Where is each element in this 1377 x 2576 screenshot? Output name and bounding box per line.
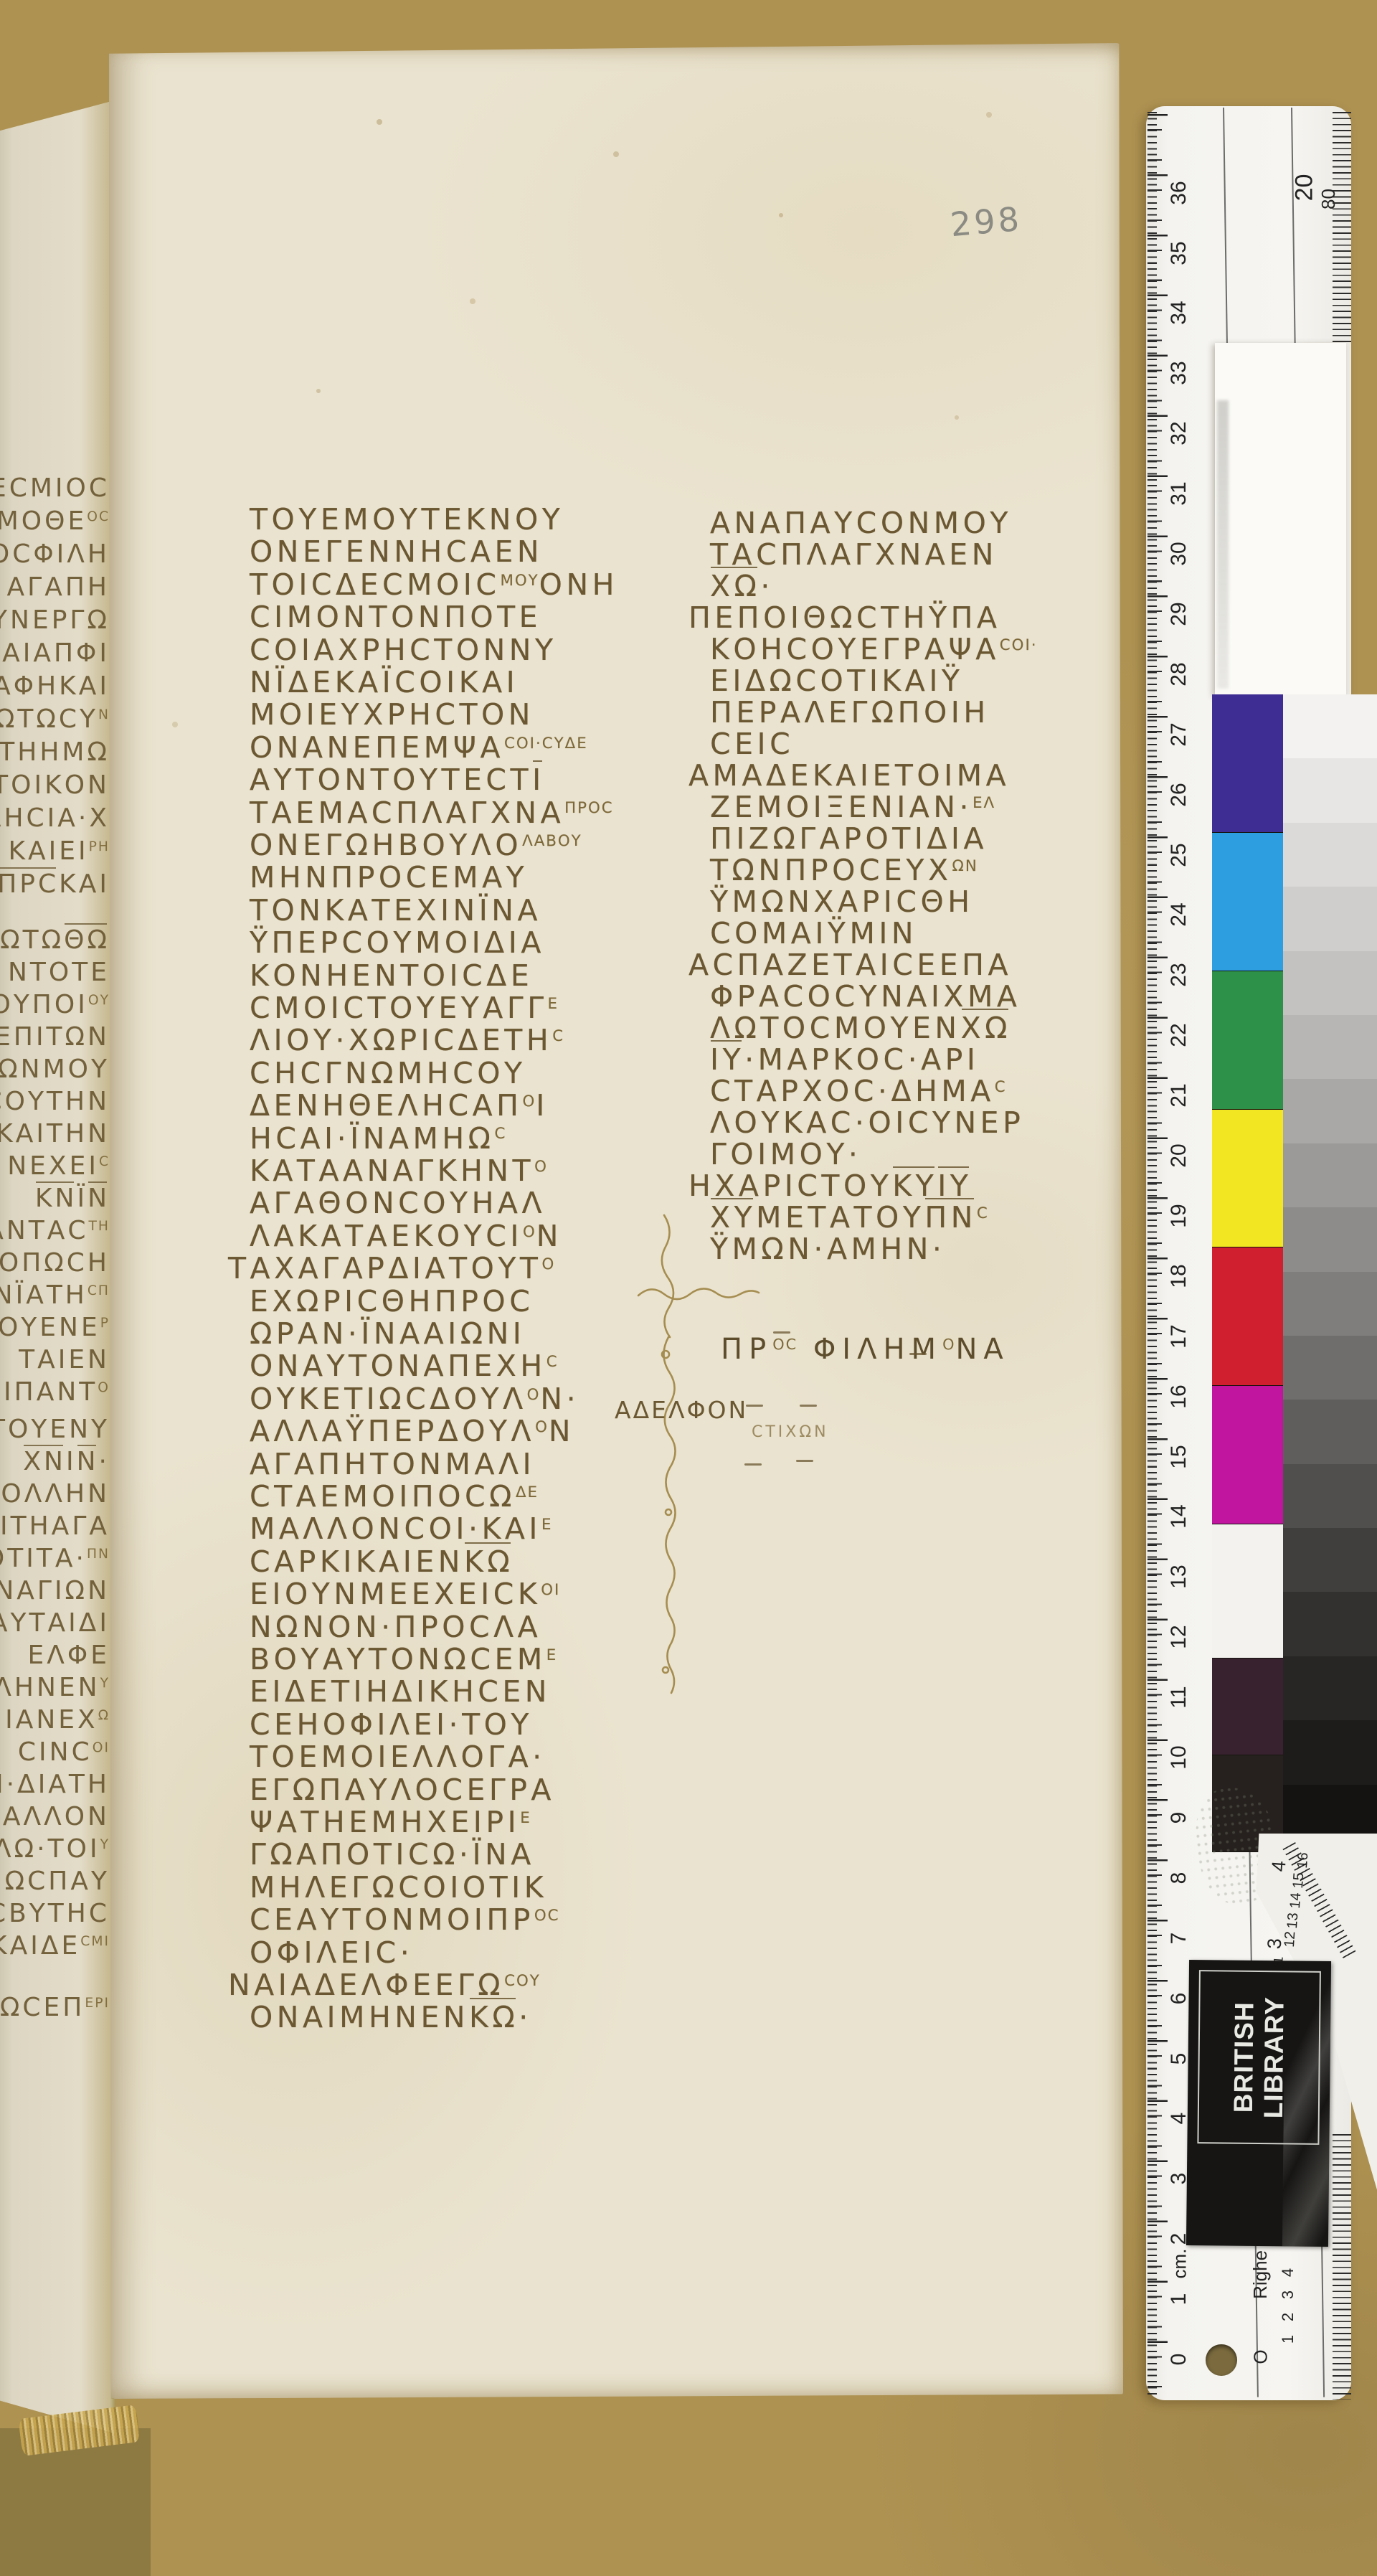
color-patch-white: [1212, 1524, 1283, 1659]
ruler-cm-number: 16: [1167, 1381, 1191, 1412]
previous-page-line: ΩΤΩΘΩ: [0, 925, 110, 955]
previous-page-line: Ν·ΔΙΑΤΗ: [0, 1770, 110, 1799]
manuscript-line: ΟΝΕΓΕΝΝΗCΑΕΝ: [250, 534, 543, 569]
manuscript-line: ΚΟΗCΟΥΕΓΡΑΨΑCΟΙ·: [710, 632, 1038, 666]
superscript-correction: Ρ: [100, 1316, 110, 1331]
ruler-cm-number: 1: [1167, 2283, 1191, 2315]
manuscript-line: ΛΙΟΥ·ΧΩΡΙCΔΕΤΗC: [250, 1023, 564, 1057]
gray-step-5: [1283, 1015, 1377, 1079]
manuscript-line: ΝΑΙΑΔΕΛΦΕΕΓΩCΟΥ: [228, 1968, 541, 2002]
previous-page-line: ΧΩΝΜΟΥ: [0, 1055, 110, 1084]
secondary-ruler-number: 14: [1287, 1892, 1305, 1910]
previous-page-line: ΤΗΗΜΩ: [0, 737, 110, 767]
previous-page-line: ΑΤΟΙΚΟΝ: [0, 770, 110, 800]
secondary-ruler-number: 16: [1295, 1852, 1312, 1869]
nomen-sacrum: Ν: [77, 1447, 99, 1476]
nomen-sacrum: Ν: [87, 1184, 110, 1213]
secondary-ruler-number: 3: [1264, 1938, 1287, 1950]
superscript-correction: Ε: [548, 995, 559, 1013]
manuscript-line: ΧΩ·: [710, 569, 774, 603]
previous-page-line: ΕΠΙΤΩΝ: [0, 1022, 110, 1052]
superscript-correction: Ο: [98, 1380, 110, 1395]
previous-page-line: ΑΓΑΠΗ: [7, 572, 110, 602]
superscript-correction: ΕΡΙ: [85, 1996, 110, 2011]
previous-page-line: ΤΙΜΟΘΕΟC: [0, 506, 110, 536]
ruler-cm-number: 31: [1167, 478, 1191, 509]
manuscript-line: ΕΙΟΥΝΜΕΕΧΕΙCΚΟΙ: [250, 1577, 560, 1611]
manuscript-line: ΜΑΛΛΟΝCΟΙ·ΚΑΙΕ: [250, 1511, 552, 1546]
ruler-cm-number: 26: [1167, 779, 1191, 811]
previous-page-line: ΩCΕΠΕΡΙ: [0, 1993, 110, 2022]
secondary-ruler-number: 13: [1284, 1912, 1302, 1930]
previous-page-line: ΘΥΠΡCΚΑΙ: [0, 869, 110, 899]
superscript-correction: ΩΝ: [952, 857, 978, 875]
superscript-correction: CΠ: [87, 1283, 110, 1298]
previous-page-line: ΠΙΤΗΑΓΑ: [0, 1511, 110, 1541]
ruler-cm-number: 19: [1167, 1200, 1191, 1232]
superscript-correction: Ο: [527, 1386, 541, 1404]
gray-step-8: [1283, 1207, 1377, 1271]
manuscript-line: ΤΟΝΚΑΤΕΧΙΝΪΝΑ: [250, 893, 541, 928]
superscript-correction: Ε: [546, 1646, 557, 1664]
previous-page-line: ΟCΦΙΛΗ: [0, 539, 110, 569]
ruler-cm-number: 29: [1167, 598, 1191, 630]
superscript-correction: Ο: [535, 1418, 549, 1436]
previous-page-line: ΥΝΕΡΓΩ: [0, 605, 110, 635]
ruler-cm-number: 21: [1167, 1080, 1191, 1111]
manuscript-line: ΓΟΙΜΟΥ·: [710, 1137, 861, 1171]
manuscript-line: ΟΝΕΓΩΗΒΟΥΛΟΛΑΒΟΥ: [250, 828, 582, 862]
manuscript-line: ΜΗΛΕΓΩCΟΙΟΤΙΚ: [250, 1870, 547, 1905]
superscript-correction: CΟΙ·: [1000, 636, 1038, 654]
superscript-correction: ΡΗ: [89, 839, 110, 854]
righe-number: 4: [1279, 2268, 1297, 2277]
manuscript-line: ΖΕΜΟΙΞΕΝΙΑΝ·ΕΛ: [710, 790, 995, 824]
ruler-cm-number: 30: [1167, 538, 1191, 570]
superscript-correction: C: [977, 1204, 989, 1222]
ruler-cm-number: 22: [1167, 1019, 1191, 1051]
superscript-correction: CΟΥ: [504, 1972, 541, 1990]
manuscript-line: ΚΑΤΑΑΝΑΓΚΗΝΤΟ: [250, 1153, 548, 1188]
gray-step-16: [1283, 1720, 1377, 1784]
righe-number: 3: [1279, 2290, 1297, 2299]
gray-step-0: [1283, 694, 1377, 758]
nomen-sacrum: ΧΩ: [710, 569, 760, 603]
pencil-folio-number: 298: [949, 199, 1023, 244]
manuscript-line: ΤΟΥΕΜΟΥΤΕΚΝΟΥ: [250, 502, 564, 537]
manuscript-line: ΑΝΑΠΑΥCΟΝΜΟΥ: [710, 506, 1012, 540]
manuscript-line: ΟΝΑΥΤΟΝΑΠΕΧΗC: [250, 1349, 559, 1383]
manuscript-line: ΤΟΙCΔΕCΜΟΙCΜΟΥΟΝΗ: [250, 567, 618, 602]
manuscript-line: CΗCΓΝΩΜΗCΟΥ: [250, 1056, 526, 1090]
ruler-cm-number: 8: [1167, 1862, 1191, 1894]
previous-page-line: ΛΗΝΕΝΥ: [0, 1673, 110, 1702]
manuscript-line: ΤΑΧΑΓΑΡΔΙΑΤΟΥΤΟ: [228, 1251, 555, 1285]
manuscript-line: ΫΠΕΡCΟΥΜΟΙΔΙΑ: [250, 925, 545, 960]
previous-page-line: CΟΥΤΗΝ: [0, 1087, 110, 1116]
color-patch-green: [1212, 971, 1283, 1110]
color-patch-dark-maroon: [1212, 1659, 1283, 1755]
superscript-correction: CΟΙ·CΥΔΕ: [504, 735, 588, 752]
gray-step-2: [1283, 823, 1377, 887]
ruler-cm-number: 25: [1167, 839, 1191, 871]
superscript-correction: ΔΕ: [516, 1483, 539, 1501]
color-patch-magenta: [1212, 1386, 1283, 1524]
previous-page-line: ΟΠΩCΗ: [0, 1248, 110, 1278]
superscript-correction: Υ: [100, 1676, 110, 1691]
ruler-cm-number: 36: [1167, 177, 1191, 209]
previous-page-line: ΤΟΥΕΝΥ: [0, 1415, 110, 1444]
color-patch-yellow: [1212, 1110, 1283, 1247]
manuscript-line: ΝΩΝΟΝ·ΠΡΟCΛΑ: [250, 1610, 541, 1644]
ruler-cm-number: 32: [1167, 417, 1191, 449]
righe-number: 1: [1279, 2335, 1297, 2344]
manuscript-line: ΠΙΖΩΓΑΡΟΤΙΔΙΑ: [710, 821, 988, 856]
previous-page-line: ΕCΜΙΟC: [0, 473, 110, 503]
previous-page-line: ΧΝΙΝ·: [23, 1447, 110, 1476]
previous-page-line: ΚΝΪΝ: [35, 1184, 110, 1213]
previous-page-line: ΑΝΤΑCΤΗ: [0, 1216, 110, 1245]
manuscript-line: ΕΙΔΩCΟΤΙΚΑΙΫ: [710, 664, 963, 698]
manuscript-line: ΕΧΩΡΙCΘΗΠΡΟC: [250, 1284, 534, 1318]
ruler-cm-number: 28: [1167, 659, 1191, 690]
superscript-correction: Υ: [100, 1837, 110, 1852]
ruler-cm-number: 0: [1167, 2344, 1191, 2375]
superscript-correction: Ο: [523, 1223, 536, 1241]
ruler-cm-number: 9: [1167, 1802, 1191, 1834]
manuscript-line: CΙΜΟΝΤΟΝΠΟΤΕ: [250, 600, 541, 634]
previous-page-line: ΝΤΟΤΕ: [8, 958, 110, 987]
previous-page-line: ΙΑΝΕΧΩ: [5, 1705, 110, 1735]
ruler-cm-number: 10: [1167, 1742, 1191, 1773]
gray-step-12: [1283, 1464, 1377, 1528]
photo-stage: 298 ΤΟΥΕΜΟΥΤΕΚΝΟΥΟΝΕΓΕΝΝΗCΑΕΝΤΟΙCΔΕCΜΟΙC…: [0, 0, 1377, 2576]
gray-step-1: [1283, 758, 1377, 822]
superscript-correction: Ο: [534, 1158, 548, 1176]
superscript-correction: C: [995, 1078, 1007, 1096]
gray-step-7: [1283, 1143, 1377, 1207]
superscript-correction: ΟC: [87, 509, 110, 524]
color-patch-red: [1212, 1247, 1283, 1386]
ruler-cm-number: 23: [1167, 959, 1191, 991]
previous-page-text-fragments: ΕCΜΙΟCΤΙΜΟΘΕΟCΟCΦΙΛΗΑΓΑΠΗΥΝΕΡΓΩΚΑΙΑΠΦΙΑΦ…: [0, 0, 113, 2439]
previous-page-line: ΝΕΧΕΙC: [7, 1151, 110, 1181]
ruler-cm-number: 33: [1167, 357, 1191, 389]
manuscript-line: ΟΦΙΛΕΙC·: [250, 1935, 413, 1970]
manuscript-line: ΟΥΚΕΤΙΩCΔΟΥΛΟΝ·: [250, 1382, 579, 1416]
superscript-correction: C: [99, 1154, 110, 1169]
gray-step-6: [1283, 1079, 1377, 1143]
manuscript-line: ΨΑΤΗΕΜΗΧΕΙΡΙΕ: [250, 1805, 531, 1839]
previous-page-line: ΚΑΙΑΠΦΙ: [0, 638, 110, 668]
previous-page-line: ΝΪΑΤΗCΠ: [0, 1280, 110, 1310]
manuscript-line: ΕΓΩΠΑΥΛΟCΕΓΡΑ: [250, 1773, 555, 1807]
superscript-correction: Ν: [98, 707, 110, 722]
ruler-cm-number: 18: [1167, 1260, 1191, 1292]
secondary-ruler-number: 4: [1268, 1860, 1291, 1872]
righe-number: 2: [1279, 2313, 1297, 2321]
manuscript-line: ΓΩΑΠΟΤΙCΩ·ΪΝΑ: [250, 1837, 535, 1872]
gray-step-9: [1283, 1272, 1377, 1336]
ruler-cm-number: 24: [1167, 899, 1191, 930]
chart-backing-sheet: [1215, 343, 1346, 695]
manuscript-line: ΚΟΝΗΕΝΤΟΙCΔΕ: [250, 958, 533, 993]
nomen-sacrum: ΙΥ: [710, 1042, 744, 1077]
gray-step-13: [1283, 1528, 1377, 1592]
previous-page-line: ΚΑΙΤΗΝ: [0, 1119, 110, 1148]
scribal-dash: [796, 1460, 813, 1462]
ruler-cm-number: 14: [1167, 1501, 1191, 1532]
manuscript-line: ΫΜΩΝΧΑΡΙCΘΗ: [710, 884, 974, 919]
previous-page-line: ΩΤΩCΥΝ: [0, 704, 110, 734]
manuscript-line: CΕΑΥΤΟΝΜΟΙΠΡΟC: [250, 1902, 560, 1937]
superscript-correction: Ε: [541, 1516, 552, 1534]
previous-page-line: ΚΑΙΔΕCΜΙ: [0, 1931, 110, 1961]
manuscript-line: ΕΙΔΕΤΙΗΔΙΚΗCΕΝ: [250, 1674, 551, 1709]
ruler-unit-label: cm.: [1168, 2249, 1191, 2279]
previous-page-line: CΙΝCΟΙ: [18, 1737, 110, 1767]
manuscript-line: ΛΩΤΟCΜΟΥΕΝΧΩ: [710, 1011, 1011, 1045]
previous-page-line: ΑΥΤΑΙΔΙ: [0, 1608, 110, 1638]
manuscript-line: ΤΟΕΜΟΙΕΛΛΟΓΑ·: [250, 1740, 546, 1774]
nomen-sacrum: ΚΝ: [35, 1184, 77, 1213]
ruler-cm-number: 17: [1167, 1321, 1191, 1352]
manuscript-line: CΕΗΟΦΙΛΕΙ·ΤΟΥ: [250, 1707, 533, 1742]
nomen-sacrum: ΠΡC: [0, 869, 59, 899]
manuscript-line: CΜΟΙCΤΟΥΕΥΑΓΓΕ: [250, 991, 559, 1025]
previous-page-line: ΛΗCΙΑ·Χ: [0, 803, 110, 833]
label-text: BRITISHLIBRARY: [1229, 1996, 1290, 2119]
superscript-correction: ΛΑΒΟΥ: [522, 832, 582, 850]
manuscript-line: ΠΕΡΑΛΕΓΩΠΟΙΗ: [710, 695, 990, 730]
superscript-correction: ΟC: [534, 1907, 560, 1925]
previous-page-line: ΑΦΗΚΑΙ: [0, 671, 110, 701]
superscript-correction: Ω: [98, 1708, 110, 1723]
nomen-sacrum: ΧΝ: [23, 1447, 66, 1476]
previous-page-line: ΜΑΛΛΟΝ: [0, 1802, 110, 1831]
previous-page-line: ΚΑΙΕΙΡΗ: [8, 836, 110, 866]
manuscript-line: CΑΡΚΙΚΑΙΕΝΚΩ: [250, 1544, 514, 1579]
superscript-correction: ΠΝ: [87, 1547, 110, 1562]
manuscript-line: ΛΑΚΑΤΑΕΚΟΥCΙΟΝ: [250, 1219, 562, 1253]
previous-page-line: ΟΤΙΤΑ·ΠΝ: [0, 1544, 110, 1573]
label-damage: [1282, 1961, 1331, 2247]
superscript-correction: ΟΥ: [88, 993, 110, 1008]
manuscript-line: ΩΡΑΝ·ΪΝΑΑΙΩΝΙ: [250, 1316, 525, 1351]
ruler-cm-number: 35: [1167, 237, 1191, 269]
superscript-correction: C: [552, 1027, 564, 1045]
nomen-sacrum: ΠΝ: [924, 1200, 977, 1235]
superscript-correction: Ο: [523, 1093, 536, 1110]
manuscript-line: ΛΟΥΚΑC·ΟΙCΥΝΕΡ: [710, 1105, 1024, 1140]
manuscript-line: ΑΜΑΔΕΚΑΙΕΤΟΙΜΑ: [688, 758, 1010, 793]
superscript-correction: ΟΙ: [541, 1581, 560, 1599]
ruler-right-edge-ticks-bottom: [1333, 2134, 1351, 2400]
ruler-cm-number: 13: [1167, 1561, 1191, 1593]
manuscript-line: ΔΕΝΗΘΕΛΗCΑΠΟΙ: [250, 1088, 549, 1123]
manuscript-line: ΑCΠΑΖΕΤΑΙCΕΕΠΑ: [688, 948, 1012, 982]
previous-page-line: ΝΑΓΙΩΝ: [0, 1576, 110, 1605]
manuscript-line: CΟΜΑΙΫΜΙΝ: [710, 916, 917, 950]
previous-page-line: CΙΠΑΝΤΟ: [0, 1377, 110, 1407]
manuscript-line: CΟΙΑΧΡΗCΤΟΝΝΥ: [250, 633, 557, 667]
manuscript-line: ΜΟΙΕΥΧΡΗCΤΟΝ: [250, 697, 534, 732]
manuscript-line: ΟΝΑΝΕΠΕΜΨΑCΟΙ·CΥΔΕ: [250, 730, 588, 765]
grayscale-wedge: [1283, 694, 1377, 1849]
gray-step-15: [1283, 1656, 1377, 1720]
color-patch-column: [1212, 694, 1283, 1852]
ruler-cm-ticks: [1147, 112, 1168, 2395]
previous-page-line: ΟΥΕΝΕΡ: [0, 1313, 110, 1342]
nomen-sacrum: ΚΩ: [464, 1544, 514, 1579]
ruler-hole: [1206, 2344, 1237, 2376]
manuscript-line: ΒΟΥΑΥΤΟΝΩCΕΜΕ: [250, 1642, 557, 1676]
gray-step-4: [1283, 951, 1377, 1015]
gray-step-3: [1283, 887, 1377, 950]
nomen-sacrum: ΘΩ: [64, 925, 110, 955]
previous-page-line: ΕΛΦΕ: [28, 1641, 110, 1670]
manuscript-line: ΑΥΤΟΝΤΟΥΤΕCΤΙ: [250, 763, 545, 797]
coronis-decoration: [624, 1211, 782, 1792]
gray-step-11: [1283, 1400, 1377, 1463]
color-patch-cyan-blue: [1212, 833, 1283, 971]
previous-page-line: ΛΩ·ΤΟΙΥ: [0, 1834, 110, 1864]
nomen-sacrum: Ι: [532, 763, 545, 797]
manuscript-line: ΑΓΑΠΗΤΟΝΜΑΛΙ: [250, 1447, 535, 1481]
ruler-top-number-20: 20: [1290, 174, 1318, 202]
ruler-cm-number: 6: [1167, 1983, 1191, 2014]
ruler-right-edge-ticks-top: [1333, 112, 1351, 343]
gray-step-14: [1283, 1592, 1377, 1656]
manuscript-line: ΑΓΑΘΟΝCΟΥΗΑΛ: [250, 1186, 546, 1220]
previous-page-line: ΩCΠΑΥ: [5, 1867, 110, 1896]
manuscript-line: ΤΩΝΠΡΟCΕΥΧΩΝ: [710, 853, 978, 887]
british-library-label: BRITISHLIBRARY: [1186, 1960, 1331, 2247]
superscript-correction: C: [546, 1353, 559, 1371]
nomen-sacrum: ΚΩ: [469, 2000, 519, 2034]
manuscript-line: CΕΙC: [710, 727, 794, 761]
superscript-correction: ΠΡΟC: [564, 799, 614, 817]
backing-smudge: [1217, 400, 1229, 689]
superscript-correction: CΜΙ: [80, 1934, 110, 1949]
superscript-correction: Ε: [520, 1809, 531, 1827]
superscript-correction: ΟΙ: [93, 1740, 110, 1755]
secondary-ruler-number: 15: [1290, 1872, 1307, 1889]
scribal-dash: [909, 1353, 927, 1355]
righe-scale-zero: O: [1250, 2349, 1272, 2364]
previous-page-line: ΤΑΙΕΝ: [19, 1345, 110, 1374]
superscript-correction: Ο: [541, 1255, 555, 1273]
superscript-correction: ΜΟΥ: [500, 572, 539, 590]
superscript-correction: Ο: [942, 1336, 955, 1353]
superscript-correction: ΤΗ: [89, 1219, 110, 1234]
manuscript-line: CΤΑΡΧΟC·ΔΗΜΑC: [710, 1074, 1007, 1108]
manuscript-line: ΤΑΕΜΑCΠΛΑΓΧΝΑΠΡΟC: [250, 796, 614, 830]
color-patch-indigo: [1212, 694, 1283, 833]
ruler-cm-number: 7: [1167, 1922, 1191, 1954]
manuscript-line: ΙΥ·ΜΑΡΚΟC·ΑΡΙ: [710, 1042, 980, 1077]
manuscript-line: CΤΑΕΜΟΙΠΟCΩΔΕ: [250, 1479, 539, 1514]
ruler-cm-number: 11: [1167, 1681, 1191, 1713]
superscript-correction: ΕΛ: [973, 794, 995, 812]
gray-step-10: [1283, 1336, 1377, 1400]
ruler-cm-number: 12: [1167, 1621, 1191, 1653]
scribal-dash: [800, 1405, 817, 1407]
superscript-correction: C: [494, 1125, 506, 1143]
previous-page-line: ΡΠΟΛΛΗΝ: [0, 1479, 110, 1509]
manuscript-line: ΑΛΛΑΫΠΕΡΔΟΥΛΟΝ: [250, 1414, 574, 1448]
previous-page-line: CΟΥΠΟΙΟΥ: [0, 990, 110, 1019]
ruler-cm-number: 27: [1167, 719, 1191, 750]
ruler-cm-number: 15: [1167, 1441, 1191, 1473]
manuscript-line: ΠΕΠΟΙΘΩCΤΗΫΠΑ: [688, 600, 1000, 635]
nomen-sacrum: ΧΩ: [961, 1011, 1011, 1045]
previous-page-line: CΒΥΤΗC: [0, 1899, 110, 1928]
ruler-cm-number: 20: [1167, 1140, 1191, 1171]
manuscript-line: ΟΝΑΙΜΗΝΕΝΚΩ·: [250, 2000, 532, 2034]
manuscript-line: ΜΗΝΠΡΟCΕΜΑΥ: [250, 860, 528, 895]
ruler-cm-number: 34: [1167, 297, 1191, 329]
manuscript-line: ΝΪΔΕΚΑΪCΟΙΚΑΙ: [250, 665, 519, 699]
manuscript-line: ΗCΑΙ·ΪΝΑΜΗΩC: [250, 1121, 506, 1156]
